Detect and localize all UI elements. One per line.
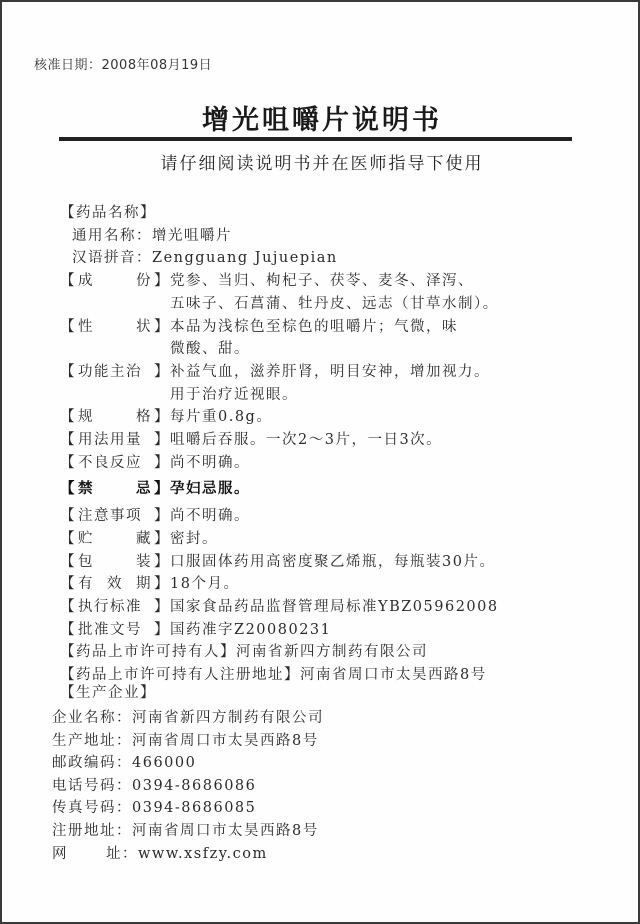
specification-value: 每片重0.8g。 [170, 406, 272, 429]
standard-value: 国家食品药品监督管理局标准YBZ05962008 [170, 596, 499, 619]
drug-leaflet-page: 核准日期：2008年08月19日 增光咀嚼片说明书 请仔细阅读说明书并在医师指导… [0, 0, 640, 924]
page-title: 增光咀嚼片说明书 [2, 98, 640, 137]
description-value-cont: 微酸、甜。 [60, 338, 620, 361]
section-package: 【包装】 口服固体药用高密度聚乙烯瓶，每瓶装30片。 [60, 551, 620, 574]
section-label: 【有效期】 [60, 573, 170, 596]
section-indications: 【功能主治】 补益气血，滋养肝肾，明目安神，增加视力。 [60, 361, 620, 384]
section-label: 【成份】 [60, 270, 170, 293]
section-label: 【规格】 [60, 406, 170, 429]
storage-value: 密封。 [170, 528, 218, 551]
manufacturer-name: 企业名称：河南省新四方制药有限公司 [52, 707, 324, 730]
ingredients-value: 党参、当归、枸杞子、茯苓、麦冬、泽泻、 [170, 270, 474, 293]
page-subtitle: 请仔细阅读说明书并在医师指导下使用 [2, 149, 640, 174]
package-value: 口服固体药用高密度聚乙烯瓶，每瓶装30片。 [170, 551, 495, 574]
section-validity: 【有效期】 18个月。 [60, 573, 620, 596]
indications-value-cont: 用于治疗近视眼。 [60, 384, 620, 407]
manufacturer-phone: 电话号码：0394-8686086 [52, 775, 324, 798]
section-approval-number: 【批准文号】 国药准字Z20080231 [60, 619, 620, 642]
section-storage: 【贮藏】 密封。 [60, 528, 620, 551]
section-specification: 【规格】 每片重0.8g。 [60, 406, 620, 429]
approval-date: 核准日期：2008年08月19日 [34, 54, 212, 73]
validity-value: 18个月。 [170, 573, 239, 596]
description-value: 本品为浅棕色至棕色的咀嚼片；气微，味 [170, 316, 458, 339]
ingredients-value-cont: 五味子、石菖蒲、牡丹皮、远志（甘草水制）。 [60, 293, 620, 316]
leaflet-content: 【药品名称】 通用名称：增光咀嚼片 汉语拼音：Zengguang Jujuepi… [60, 202, 620, 687]
manufacturer-address: 生产地址：河南省周口市太昊西路8号 [52, 730, 324, 753]
section-label: 【不良反应】 [60, 452, 170, 475]
section-ingredients: 【成份】 党参、当归、枸杞子、茯苓、麦冬、泽泻、 [60, 270, 620, 293]
title-divider [59, 137, 572, 141]
section-mah: 【药品上市许可持有人】河南省新四方制药有限公司 [60, 641, 620, 664]
section-contraindications: 【禁忌】 孕妇忌服。 [60, 478, 620, 501]
manufacturer-block: 【生产企业】 [60, 682, 156, 705]
website-label-a: 网 [52, 846, 68, 862]
section-precautions: 【注意事项】 尚不明确。 [60, 505, 620, 528]
section-label: 【性状】 [60, 316, 170, 339]
drug-name-header: 【药品名称】 [60, 202, 620, 225]
section-label: 【贮藏】 [60, 528, 170, 551]
section-label: 【注意事项】 [60, 505, 170, 528]
website-label-b: 址： [106, 846, 138, 862]
section-adverse-reactions: 【不良反应】 尚不明确。 [60, 452, 620, 475]
section-label: 【包装】 [60, 551, 170, 574]
precautions-value: 尚不明确。 [170, 505, 250, 528]
pinyin-name: 汉语拼音：Zengguang Jujuepian [60, 247, 620, 270]
manufacturer-header: 【生产企业】 [60, 682, 156, 705]
generic-name: 通用名称：增光咀嚼片 [60, 225, 620, 248]
section-dosage: 【用法用量】 咀嚼后吞服。一次2～3片，一日3次。 [60, 429, 620, 452]
section-description: 【性状】 本品为浅棕色至棕色的咀嚼片；气微，味 [60, 316, 620, 339]
manufacturer-website-row: 网址：www.xsfzy.com [52, 843, 324, 866]
manufacturer-fax: 传真号码：0394-8686085 [52, 797, 324, 820]
approval-number-value: 国药准字Z20080231 [170, 619, 331, 642]
adverse-value: 尚不明确。 [170, 452, 250, 475]
section-standard: 【执行标准】 国家食品药品监督管理局标准YBZ05962008 [60, 596, 620, 619]
section-label: 【功能主治】 [60, 361, 170, 384]
section-label: 【用法用量】 [60, 429, 170, 452]
indications-value: 补益气血，滋养肝肾，明目安神，增加视力。 [170, 361, 490, 384]
dosage-value: 咀嚼后吞服。一次2～3片，一日3次。 [170, 429, 442, 452]
section-label: 【执行标准】 [60, 596, 170, 619]
manufacturer-reg-address: 注册地址：河南省周口市太昊西路8号 [52, 820, 324, 843]
manufacturer-details: 企业名称：河南省新四方制药有限公司 生产地址：河南省周口市太昊西路8号 邮政编码… [52, 707, 324, 865]
section-label: 【批准文号】 [60, 619, 170, 642]
manufacturer-postcode: 邮政编码：466000 [52, 752, 324, 775]
contraindications-value: 孕妇忌服。 [170, 478, 250, 501]
website-link[interactable]: www.xsfzy.com [138, 846, 268, 862]
section-label: 【禁忌】 [60, 478, 170, 501]
